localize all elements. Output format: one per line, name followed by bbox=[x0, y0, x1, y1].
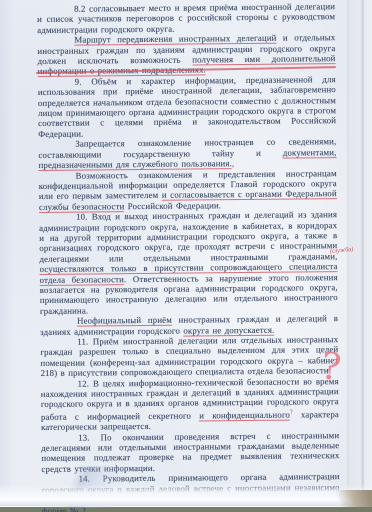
red-underlined-text: и конфиденциального bbox=[199, 409, 290, 421]
paragraph: Запрещается ознакомление иностранцев со … bbox=[38, 136, 336, 170]
paragraph: Возможность ознакомления и представления… bbox=[39, 168, 337, 212]
paragraph: 8.2 согласовывает место и время приёма и… bbox=[37, 1, 335, 35]
paragraph: 10. Вход и выход иностранных граждан и д… bbox=[39, 209, 338, 316]
red-ink-mark: , bbox=[232, 158, 234, 168]
text-run: 9. Объём и характер информации, предназн… bbox=[38, 74, 336, 139]
text-run: 10. Вход и выход иностранных граждан и д… bbox=[39, 209, 337, 263]
document-text: 8.2 согласовывает место и время приёма и… bbox=[37, 1, 340, 512]
scanned-page-photo: 8.2 согласовывает место и время приёма и… bbox=[0, 0, 372, 512]
paper-corner-shadow bbox=[320, 490, 372, 507]
text-run: 8.2 согласовывает место и время приёма и… bbox=[37, 1, 335, 35]
paragraph: 9. Объём и характер информации, предназн… bbox=[38, 74, 337, 139]
paragraph: 11. Приём иностранной делегации или отде… bbox=[40, 334, 338, 378]
text-run: 11. Приём иностранной делегации или отде… bbox=[40, 334, 338, 378]
text-run: Российской Федерации. bbox=[124, 200, 221, 211]
paragraph: Неофициальный приём иностранных граждан … bbox=[40, 313, 338, 337]
paper-fold-highlight bbox=[0, 484, 372, 506]
paragraph: 12. В целях информационно-технической бе… bbox=[41, 376, 340, 433]
